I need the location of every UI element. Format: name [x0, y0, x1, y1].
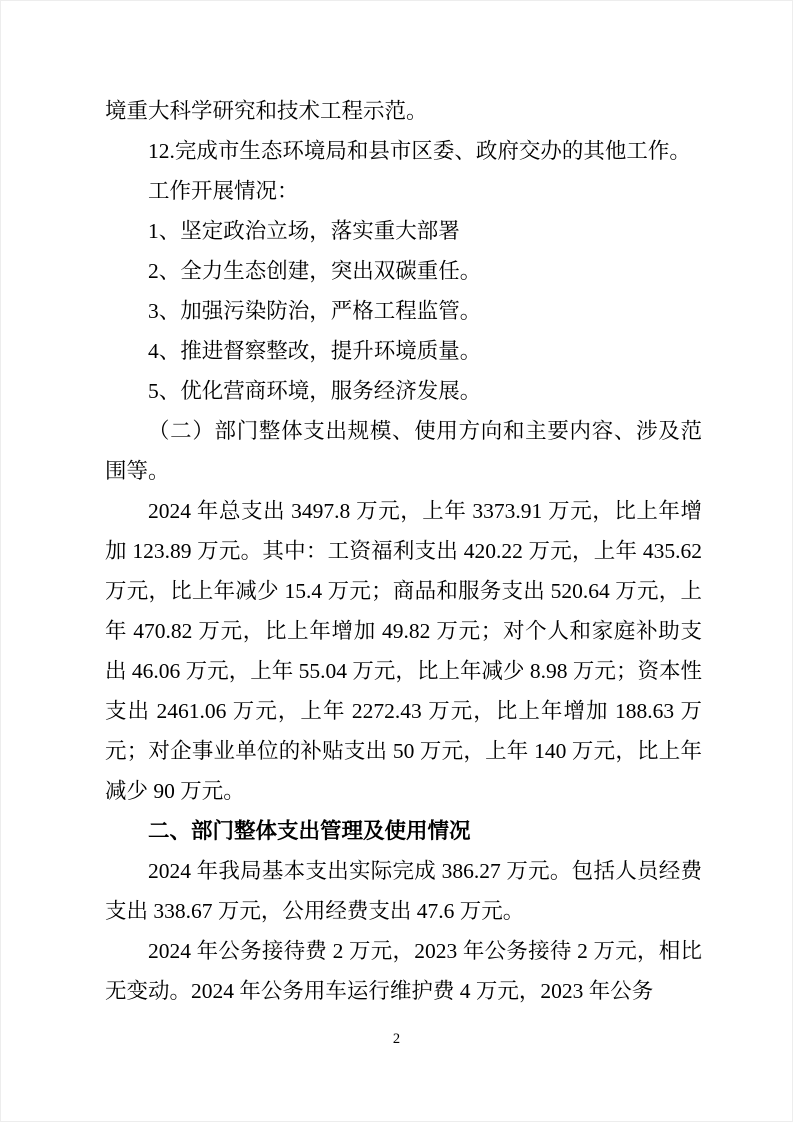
sub-heading: （二）部门整体支出规模、使用方向和主要内容、涉及范围等。: [105, 411, 702, 491]
paragraph: 工作开展情况：: [105, 171, 702, 211]
paragraph: 2024 年公务接待费 2 万元，2023 年公务接待 2 万元，相比无变动。2…: [105, 931, 702, 1011]
list-item: 3、加强污染防治，严格工程监管。: [105, 291, 702, 331]
paragraph: 12.完成市生态环境局和县市区委、政府交办的其他工作。: [105, 131, 702, 171]
document-body: 境重大科学研究和技术工程示范。 12.完成市生态环境局和县市区委、政府交办的其他…: [105, 91, 702, 1011]
list-item: 4、推进督察整改，提升环境质量。: [105, 331, 702, 371]
paragraph: 2024 年我局基本支出实际完成 386.27 万元。包括人员经费支出 338.…: [105, 851, 702, 931]
list-item: 5、优化营商环境，服务经济发展。: [105, 371, 702, 411]
paragraph: 2024 年总支出 3497.8 万元，上年 3373.91 万元，比上年增加 …: [105, 491, 702, 811]
list-item: 1、坚定政治立场，落实重大部署: [105, 211, 702, 251]
page-number: 2: [1, 1031, 792, 1048]
document-page: 境重大科学研究和技术工程示范。 12.完成市生态环境局和县市区委、政府交办的其他…: [0, 0, 793, 1122]
list-item: 2、全力生态创建，突出双碳重任。: [105, 251, 702, 291]
paragraph-continuation: 境重大科学研究和技术工程示范。: [105, 91, 702, 131]
section-heading: 二、部门整体支出管理及使用情况: [105, 811, 702, 851]
